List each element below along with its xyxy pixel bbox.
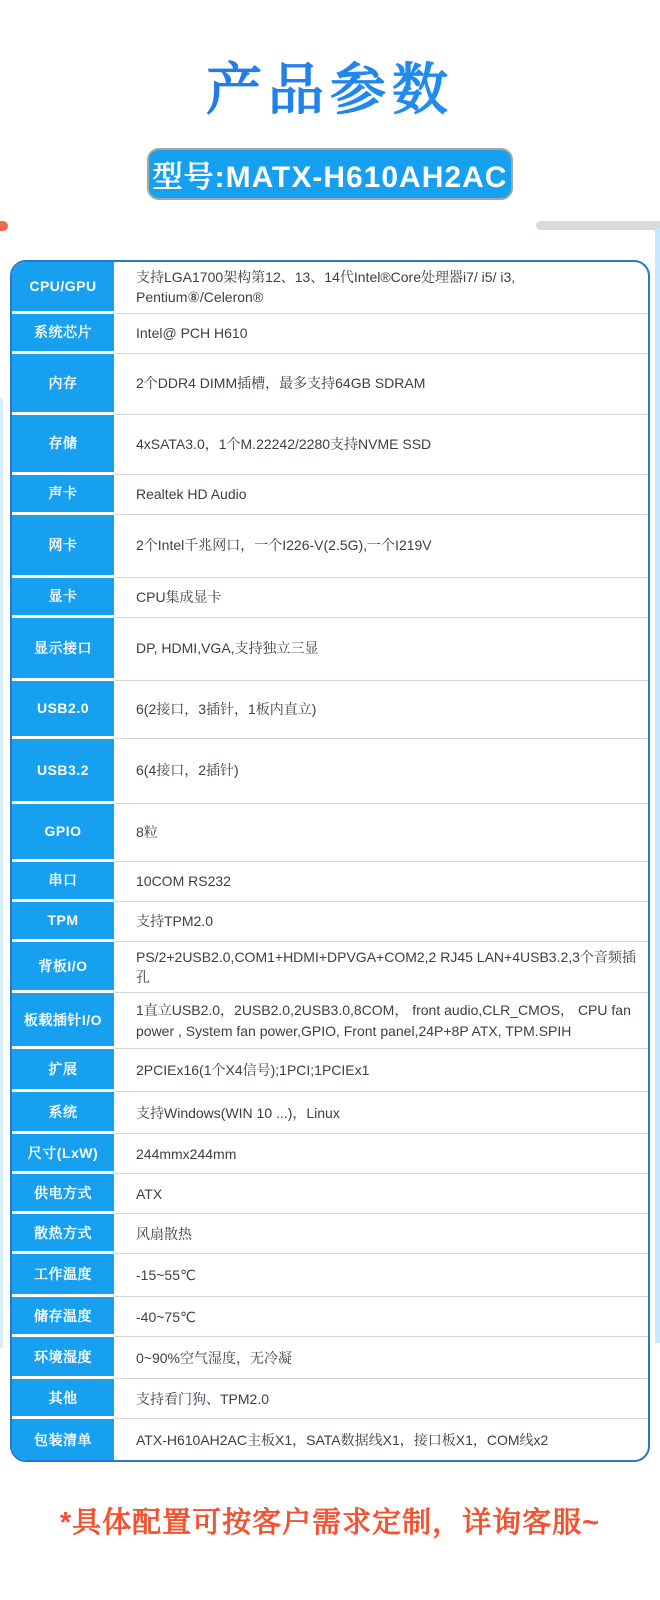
table-row: 网卡2个Intel千兆网口，一个I226-V(2.5G),一个I219V (12, 515, 648, 578)
table-row: 储存温度-40~75℃ (12, 1297, 648, 1337)
spec-value: -15~55℃ (114, 1254, 648, 1297)
spec-value: 10COM RS232 (114, 862, 648, 902)
table-row: 其他支持看门狗、TPM2.0 (12, 1379, 648, 1419)
table-row: 声卡Realtek HD Audio (12, 475, 648, 515)
model-badge-label: 型号:MATX-H610AH2AC (153, 152, 508, 196)
spec-value: 6(2接口，3插针，1板内直立) (114, 681, 648, 739)
adjacent-slide-strip-left (0, 398, 3, 1348)
spec-label: GPIO (12, 804, 114, 862)
spec-label: 散热方式 (12, 1214, 114, 1254)
adjacent-slide-edge-top-left (0, 221, 8, 231)
spec-value: 支持看门狗、TPM2.0 (114, 1379, 648, 1419)
spec-value: 8粒 (114, 804, 648, 862)
table-row: 扩展2PCIEx16(1个X4信号);1PCI;1PCIEx1 (12, 1049, 648, 1092)
table-row: 显示接口DP, HDMI,VGA,支持独立三显 (12, 618, 648, 681)
table-row: 背板I/OPS/2+2USB2.0,COM1+HDMI+DPVGA+COM2,2… (12, 942, 648, 994)
spec-value: 支持Windows(WIN 10 ...)，Linux (114, 1092, 648, 1134)
spec-label: 板载插针I/O (12, 993, 114, 1049)
footer-note: *具体配置可按客户需求定制，详询客服~ (0, 1500, 660, 1541)
spec-label: 包装清单 (12, 1419, 114, 1460)
page-title: 产品参数 (0, 46, 660, 126)
spec-value: 2个DDR4 DIMM插槽，最多支持64GB SDRAM (114, 354, 648, 415)
spec-label: 尺寸(LxW) (12, 1134, 114, 1174)
spec-value: 2个Intel千兆网口，一个I226-V(2.5G),一个I219V (114, 515, 648, 578)
spec-value: 风扇散热 (114, 1214, 648, 1254)
spec-label: 串口 (12, 862, 114, 902)
table-row: TPM支持TPM2.0 (12, 902, 648, 942)
spec-value: ATX (114, 1174, 648, 1214)
spec-label: 系统 (12, 1092, 114, 1134)
spec-label: CPU/GPU (12, 262, 114, 314)
spec-value: Realtek HD Audio (114, 475, 648, 515)
spec-label: USB2.0 (12, 681, 114, 739)
table-row: 存储4xSATA3.0，1个M.22242/2280支持NVME SSD (12, 415, 648, 475)
spec-value: 支持TPM2.0 (114, 902, 648, 942)
spec-label: 存储 (12, 415, 114, 475)
spec-value: 2PCIEx16(1个X4信号);1PCI;1PCIEx1 (114, 1049, 648, 1092)
table-row: 散热方式风扇散热 (12, 1214, 648, 1254)
spec-value: 4xSATA3.0，1个M.22242/2280支持NVME SSD (114, 415, 648, 475)
spec-label: 储存温度 (12, 1297, 114, 1337)
spec-label: 显示接口 (12, 618, 114, 681)
spec-label: 声卡 (12, 475, 114, 515)
spec-label: 扩展 (12, 1049, 114, 1092)
spec-value: -40~75℃ (114, 1297, 648, 1337)
spec-label: TPM (12, 902, 114, 942)
spec-label: 环境湿度 (12, 1337, 114, 1379)
spec-value: 0~90%空气湿度，无冷凝 (114, 1337, 648, 1379)
spec-label: 内存 (12, 354, 114, 415)
spec-value: DP, HDMI,VGA,支持独立三显 (114, 618, 648, 681)
table-row: USB3.26(4接口，2插针) (12, 739, 648, 804)
table-row: CPU/GPU支持LGA1700架构第12、13、14代Intel®Core处理… (12, 262, 648, 314)
table-row: 工作温度-15~55℃ (12, 1254, 648, 1297)
spec-value: 6(4接口，2插针) (114, 739, 648, 804)
spec-label: 工作温度 (12, 1254, 114, 1297)
table-row: 包装清单ATX-H610AH2AC主板X1，SATA数据线X1，接口板X1，CO… (12, 1419, 648, 1460)
table-row: 系统支持Windows(WIN 10 ...)，Linux (12, 1092, 648, 1134)
spec-label: 系统芯片 (12, 314, 114, 354)
spec-label: 供电方式 (12, 1174, 114, 1214)
spec-label: USB3.2 (12, 739, 114, 804)
spec-value: 244mmx244mm (114, 1134, 648, 1174)
spec-label: 其他 (12, 1379, 114, 1419)
table-row: USB2.06(2接口，3插针，1板内直立) (12, 681, 648, 739)
spec-value: PS/2+2USB2.0,COM1+HDMI+DPVGA+COM2,2 RJ45… (114, 942, 648, 994)
table-row: 内存2个DDR4 DIMM插槽，最多支持64GB SDRAM (12, 354, 648, 415)
table-row: 供电方式ATX (12, 1174, 648, 1214)
table-row: 串口10COM RS232 (12, 862, 648, 902)
model-badge: 型号:MATX-H610AH2AC (147, 148, 513, 200)
spec-label: 网卡 (12, 515, 114, 578)
spec-label: 显卡 (12, 578, 114, 618)
adjacent-slide-edge-top-right (536, 221, 660, 230)
table-row: GPIO8粒 (12, 804, 648, 862)
spec-label: 背板I/O (12, 942, 114, 994)
spec-value: CPU集成显卡 (114, 578, 648, 618)
table-row: 显卡CPU集成显卡 (12, 578, 648, 618)
table-row: 环境湿度0~90%空气湿度，无冷凝 (12, 1337, 648, 1379)
spec-value: 支持LGA1700架构第12、13、14代Intel®Core处理器i7/ i5… (114, 262, 648, 314)
spec-value: ATX-H610AH2AC主板X1，SATA数据线X1，接口板X1，COM线x2 (114, 1419, 648, 1460)
table-row: 尺寸(LxW)244mmx244mm (12, 1134, 648, 1174)
spec-value: 1直立USB2.0，2USB2.0,2USB3.0,8COM， front au… (114, 993, 648, 1049)
table-row: 板载插针I/O1直立USB2.0，2USB2.0,2USB3.0,8COM， f… (12, 993, 648, 1049)
spec-table: CPU/GPU支持LGA1700架构第12、13、14代Intel®Core处理… (10, 260, 650, 1462)
spec-value: Intel@ PCH H610 (114, 314, 648, 354)
table-row: 系统芯片Intel@ PCH H610 (12, 314, 648, 354)
adjacent-slide-strip-right (655, 228, 660, 1343)
